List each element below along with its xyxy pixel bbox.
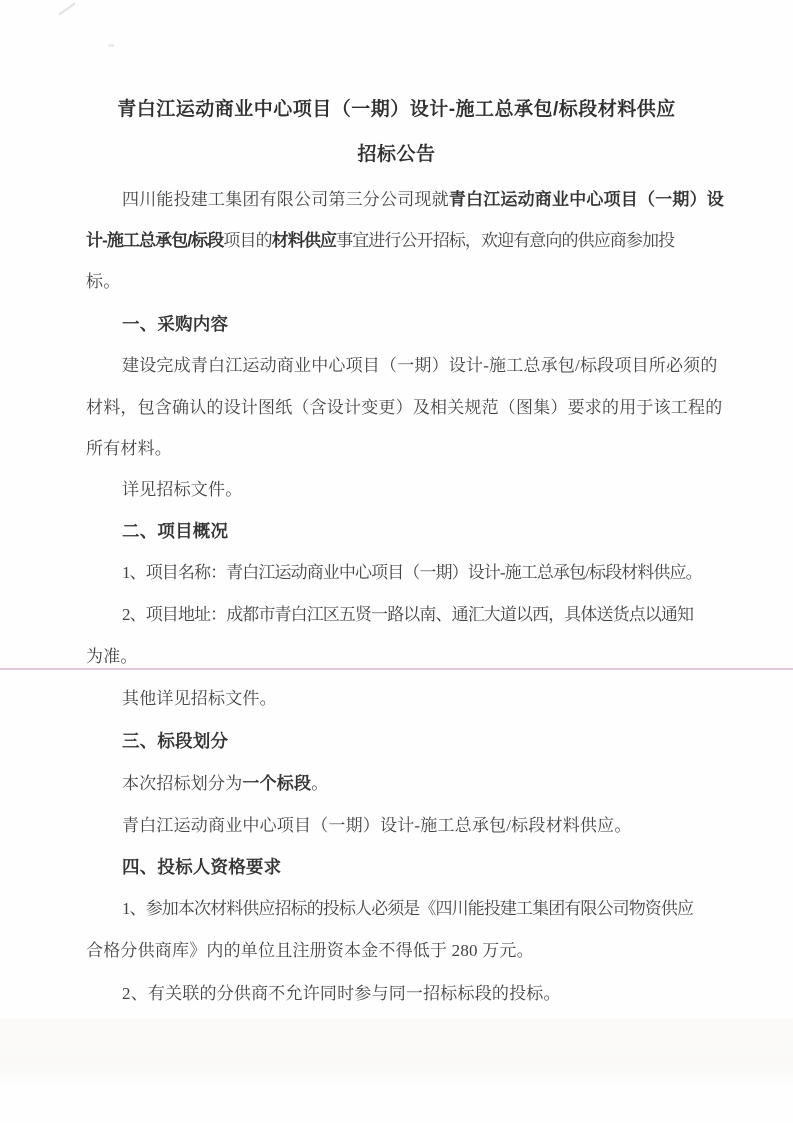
scan-noise-band	[0, 1018, 793, 1092]
section3-heading: 三、标段划分	[122, 731, 228, 751]
section2-item1: 1、项目名称：青白江运动商业中心项目（一期）设计-施工总承包/标段材料供应。	[122, 563, 702, 583]
section1-body-line3: 所有材料。	[86, 439, 172, 459]
section1-body-line2: 材料，包含确认的设计图纸（含设计变更）及相关规范（图集）要求的用于该工程的	[86, 398, 722, 418]
section2-heading: 二、项目概况	[122, 521, 228, 541]
section2-item2-line1: 2、项目地址：成都市青白江区五贤一路以南、通汇大道以西，具体送货点以通知	[122, 605, 693, 625]
document-title-line1: 青白江运动商业中心项目（一期）设计-施工总承包/标段材料供应	[0, 100, 793, 120]
section4-item2: 2、有关联的分供商不允许同时参与同一招标标段的投标。	[122, 984, 561, 1004]
scanned-tender-announcement-page: 青白江运动商业中心项目（一期）设计-施工总承包/标段材料供应 招标公告 四川能投…	[0, 0, 793, 1123]
document-title-line2: 招标公告	[0, 145, 793, 165]
section3-regular-text: 本次招标划分为	[122, 774, 242, 793]
contract-type-bold: 计-施工总承包/标段	[86, 231, 223, 250]
intro-regular-text: 四川能投建工集团有限公司第三分公司现就	[122, 190, 449, 209]
section4-heading: 四、投标人资格要求	[122, 857, 281, 877]
section3-body-line1: 本次招标划分为一个标段。	[122, 774, 328, 794]
project-name-bold: 青白江运动商业中心项目（一期）设	[449, 190, 724, 209]
section2-item2-line2: 为准。	[86, 647, 138, 667]
scan-divider-line	[0, 668, 793, 670]
one-bid-section-bold: 一个标段	[242, 774, 311, 793]
section4-item1-line2: 合格分供商库》内的单位且注册资本金不得低于 280 万元。	[86, 941, 534, 961]
scan-artifact-mark	[108, 44, 114, 47]
intro-regular-text: 事宜进行公开招标，欢迎有意向的供应商参加投	[336, 231, 674, 250]
section2-note: 其他详见招标文件。	[122, 689, 277, 709]
intro-paragraph-line2: 计-施工总承包/标段项目的材料供应事宜进行公开招标，欢迎有意向的供应商参加投	[86, 231, 674, 251]
intro-regular-text: 项目的	[223, 231, 271, 250]
material-supply-bold: 材料供应	[272, 231, 336, 250]
section3-regular-text: 。	[311, 774, 328, 793]
section1-heading: 一、采购内容	[122, 314, 228, 334]
section1-note: 详见招标文件。	[122, 480, 242, 500]
section4-item1-line1: 1、参加本次材料供应招标的投标人必须是《四川能投建工集团有限公司物资供应	[122, 899, 693, 919]
section1-body-line1: 建设完成青白江运动商业中心项目（一期）设计-施工总承包/标段项目所必须的	[122, 356, 718, 376]
intro-paragraph-line1: 四川能投建工集团有限公司第三分公司现就青白江运动商业中心项目（一期）设	[122, 190, 724, 210]
scan-artifact-mark	[58, 2, 76, 15]
intro-paragraph-line3: 标。	[86, 272, 120, 292]
section3-body-line2: 青白江运动商业中心项目（一期）设计-施工总承包/标段材料供应。	[122, 816, 632, 836]
